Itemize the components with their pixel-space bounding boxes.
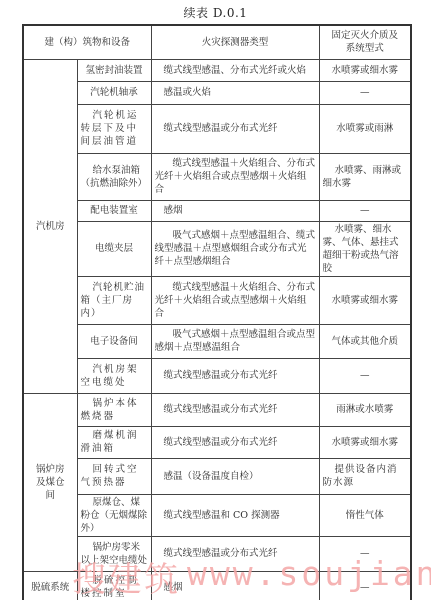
item-cell: 氢密封油装置 — [77, 59, 151, 81]
header-medium: 固定灭火介质及系统型式 — [319, 25, 411, 59]
detector-cell: 感温（设备温度自检） — [151, 458, 319, 494]
item-cell: 磨煤机润滑油箱 — [77, 426, 151, 458]
item-cell: 锅炉本体燃烧器 — [77, 393, 151, 426]
detector-cell: 缆式线型感温或分布式光纤 — [151, 393, 319, 426]
medium-cell: 雨淋或水喷雾 — [319, 393, 411, 426]
detector-cell: 感烟 — [151, 571, 319, 600]
table-row: 汽机房 氢密封油装置 缆式线型感温、分布式光纤或火焰 水喷雾或细水雾 — [23, 59, 411, 81]
detector-cell: 感烟 — [151, 200, 319, 221]
header-detector: 火灾探测器类型 — [151, 25, 319, 59]
detector-cell: 缆式线型感温或分布式光纤 — [151, 358, 319, 393]
item-cell: 汽轮机轴承 — [77, 81, 151, 104]
table-row: 汽轮机贮油箱（主厂房内） 缆式线型感温＋火焰组合、分布式光纤＋火焰组合或点型感烟… — [23, 276, 411, 324]
item-cell: 电子设备间 — [77, 324, 151, 358]
table-row: 电缆夹层 吸气式感烟＋点型感温组合、缆式线型感温＋点型感烟组合或分布式光纤＋点型… — [23, 221, 411, 276]
detector-cell: 缆式线型感温或分布式光纤 — [151, 104, 319, 153]
medium-cell: — — [319, 200, 411, 221]
detector-cell: 缆式线型感温＋火焰组合、分布式光纤＋火焰组合或点型感烟＋火焰组合 — [151, 276, 319, 324]
fire-detector-table: 建（构）筑物和设备 火灾探测器类型 固定灭火介质及系统型式 汽机房 氢密封油装置… — [22, 24, 412, 600]
detector-cell: 缆式线型感温或分布式光纤 — [151, 426, 319, 458]
item-cell: 汽机房架空电缆处 — [77, 358, 151, 393]
group-cell: 锅炉房及煤仓间 — [23, 393, 77, 571]
header-row: 建（构）筑物和设备 火灾探测器类型 固定灭火介质及系统型式 — [23, 25, 411, 59]
item-cell: 原煤仓、煤粉仓（无烟煤除外） — [77, 494, 151, 536]
group-cell: 脱硫系统 — [23, 571, 77, 600]
item-cell: 汽轮机贮油箱（主厂房内） — [77, 276, 151, 324]
item-cell: 配电装置室 — [77, 200, 151, 221]
detector-cell: 吸气式感烟＋点型感温组合、缆式线型感温＋点型感烟组合或分布式光纤＋点型感烟组合 — [151, 221, 319, 276]
detector-cell: 缆式线型感温和 CO 探测器 — [151, 494, 319, 536]
medium-cell: 提供设备内消防水源 — [319, 458, 411, 494]
medium-cell: — — [319, 571, 411, 600]
item-cell: 回转式空气预热器 — [77, 458, 151, 494]
medium-cell: — — [319, 358, 411, 393]
table-row: 脱硫系统 脱硫控制楼控制室 感烟 — — [23, 571, 411, 600]
table-row: 给水泵油箱（抗燃油除外） 缆式线型感温＋火焰组合、分布式光纤＋火焰组合或点型感烟… — [23, 153, 411, 200]
table-row: 汽机房架空电缆处 缆式线型感温或分布式光纤 — — [23, 358, 411, 393]
medium-cell: 水喷雾、雨淋或细水雾 — [319, 153, 411, 200]
detector-cell: 缆式线型感温或分布式光纤 — [151, 536, 319, 571]
item-cell: 锅炉房零米以上架空电缆处 — [77, 536, 151, 571]
group-cell: 汽机房 — [23, 59, 77, 393]
medium-cell: — — [319, 81, 411, 104]
detector-cell: 吸气式感烟＋点型感温组合或点型感烟＋点型感温组合 — [151, 324, 319, 358]
item-cell: 汽轮机运转层下及中间层油管道 — [77, 104, 151, 153]
medium-cell: 水喷雾、细水雾、气体、悬挂式超细干粉或热气溶胶 — [319, 221, 411, 276]
table-row: 回转式空气预热器 感温（设备温度自检） 提供设备内消防水源 — [23, 458, 411, 494]
detector-cell: 缆式线型感温、分布式光纤或火焰 — [151, 59, 319, 81]
table-row: 磨煤机润滑油箱 缆式线型感温或分布式光纤 水喷雾或细水雾 — [23, 426, 411, 458]
medium-cell: 水喷雾或细水雾 — [319, 59, 411, 81]
item-cell: 电缆夹层 — [77, 221, 151, 276]
table-row: 锅炉房零米以上架空电缆处 缆式线型感温或分布式光纤 — — [23, 536, 411, 571]
table-row: 配电装置室 感烟 — — [23, 200, 411, 221]
medium-cell: 惰性气体 — [319, 494, 411, 536]
table-title: 续表 D.0.1 — [0, 4, 431, 21]
medium-cell: 气体或其他介质 — [319, 324, 411, 358]
table-row: 汽轮机运转层下及中间层油管道 缆式线型感温或分布式光纤 水喷雾或雨淋 — [23, 104, 411, 153]
table-row: 电子设备间 吸气式感烟＋点型感温组合或点型感烟＋点型感温组合 气体或其他介质 — [23, 324, 411, 358]
medium-cell: — — [319, 536, 411, 571]
medium-cell: 水喷雾或雨淋 — [319, 104, 411, 153]
table-row: 汽轮机轴承 感温或火焰 — — [23, 81, 411, 104]
medium-cell: 水喷雾或细水雾 — [319, 426, 411, 458]
detector-cell: 缆式线型感温＋火焰组合、分布式光纤＋火焰组合或点型感烟＋火焰组合 — [151, 153, 319, 200]
table-row: 锅炉房及煤仓间 锅炉本体燃烧器 缆式线型感温或分布式光纤 雨淋或水喷雾 — [23, 393, 411, 426]
detector-cell: 感温或火焰 — [151, 81, 319, 104]
item-cell: 给水泵油箱（抗燃油除外） — [77, 153, 151, 200]
table-row: 原煤仓、煤粉仓（无烟煤除外） 缆式线型感温和 CO 探测器 惰性气体 — [23, 494, 411, 536]
item-cell: 脱硫控制楼控制室 — [77, 571, 151, 600]
medium-cell: 水喷雾或细水雾 — [319, 276, 411, 324]
header-building: 建（构）筑物和设备 — [23, 25, 151, 59]
